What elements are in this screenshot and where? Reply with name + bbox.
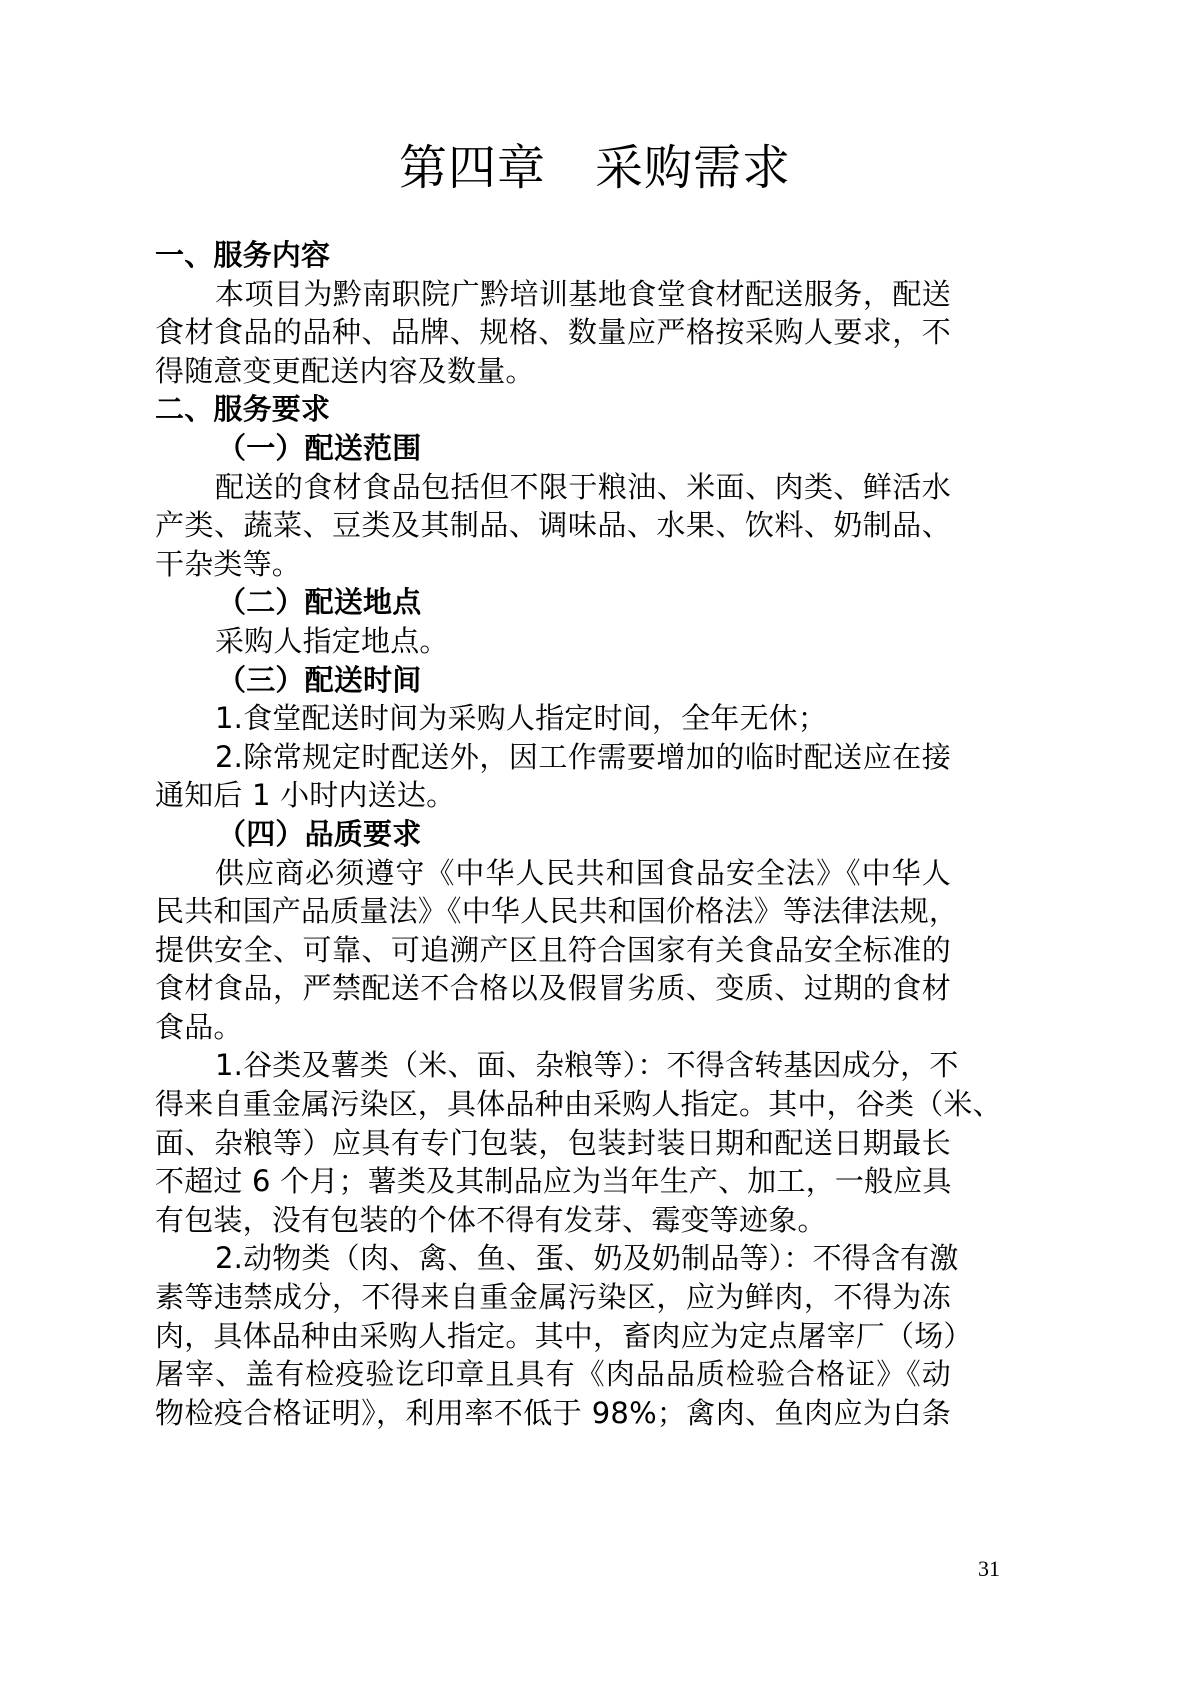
document-body: 一、服务内容 本项目为黔南职院广黔培训基地食堂食材配送服务，配送 食材食品的品种…: [155, 236, 1035, 1432]
paragraph-line: 供应商必须遵守《中华人民共和国食品安全法》《中华人: [155, 854, 951, 893]
list-item-line: 屠宰、盖有检疫验讫印章且具有《肉品品质检验合格证》《动: [155, 1355, 951, 1394]
list-item-line: 通知后 1 小时内送达。: [155, 776, 1035, 815]
list-item-line: 有包装，没有包装的个体不得有发芽、霉变等迹象。: [155, 1201, 1035, 1240]
subsection-heading-quality-requirements: （四）品质要求: [155, 815, 1035, 854]
list-item-line: 肉，具体品种由采购人指定。其中，畜肉应为定点屠宰厂（场）: [155, 1317, 951, 1356]
list-item-line: 物检疫合格证明》，利用率不低于 98%；禽肉、鱼肉应为白条: [155, 1394, 951, 1433]
list-item-line: 素等违禁成分，不得来自重金属污染区，应为鲜肉，不得为冻: [155, 1278, 951, 1317]
list-item-line: 2.动物类（肉、禽、鱼、蛋、奶及奶制品等）：不得含有激: [155, 1239, 951, 1278]
list-item-line: 得来自重金属污染区，具体品种由采购人指定。其中，谷类（米、: [155, 1085, 951, 1124]
subsection-heading-delivery-scope: （一）配送范围: [155, 429, 1035, 468]
subsection-heading-delivery-time: （三）配送时间: [155, 661, 1035, 700]
list-item-line: 1.食堂配送时间为采购人指定时间，全年无休；: [155, 699, 1035, 738]
paragraph-line: 民共和国产品质量法》《中华人民共和国价格法》等法律法规，: [155, 892, 951, 931]
paragraph-line: 产类、蔬菜、豆类及其制品、调味品、水果、饮料、奶制品、: [155, 506, 951, 545]
list-item-line: 不超过 6 个月；薯类及其制品应为当年生产、加工，一般应具: [155, 1162, 951, 1201]
page-number: 31: [930, 1556, 1000, 1582]
list-item-line: 1.谷类及薯类（米、面、杂粮等）：不得含转基因成分，不: [155, 1046, 951, 1085]
paragraph-line: 配送的食材食品包括但不限于粮油、米面、肉类、鲜活水: [155, 468, 951, 507]
list-item-line: 2.除常规定时配送外，因工作需要增加的临时配送应在接: [155, 738, 951, 777]
paragraph-line: 采购人指定地点。: [155, 622, 1035, 661]
paragraph-line: 本项目为黔南职院广黔培训基地食堂食材配送服务，配送: [155, 275, 951, 314]
paragraph-line: 提供安全、可靠、可追溯产区且符合国家有关食品安全标准的: [155, 931, 951, 970]
list-item-line: 面、杂粮等）应具有专门包装，包装封装日期和配送日期最长: [155, 1124, 951, 1163]
paragraph-line: 食材食品，严禁配送不合格以及假冒劣质、变质、过期的食材: [155, 969, 951, 1008]
chapter-title: 第四章 采购需求: [0, 138, 1190, 198]
paragraph-line: 得随意变更配送内容及数量。: [155, 352, 1035, 391]
paragraph-line: 干杂类等。: [155, 545, 1035, 584]
section-heading-service-requirements: 二、服务要求: [155, 390, 1035, 429]
paragraph-line: 食材食品的品种、品牌、规格、数量应严格按采购人要求，不: [155, 313, 951, 352]
section-heading-service-content: 一、服务内容: [155, 236, 1035, 275]
paragraph-line: 食品。: [155, 1008, 1035, 1047]
subsection-heading-delivery-location: （二）配送地点: [155, 583, 1035, 622]
document-page: 第四章 采购需求 一、服务内容 本项目为黔南职院广黔培训基地食堂食材配送服务，配…: [0, 0, 1190, 1682]
